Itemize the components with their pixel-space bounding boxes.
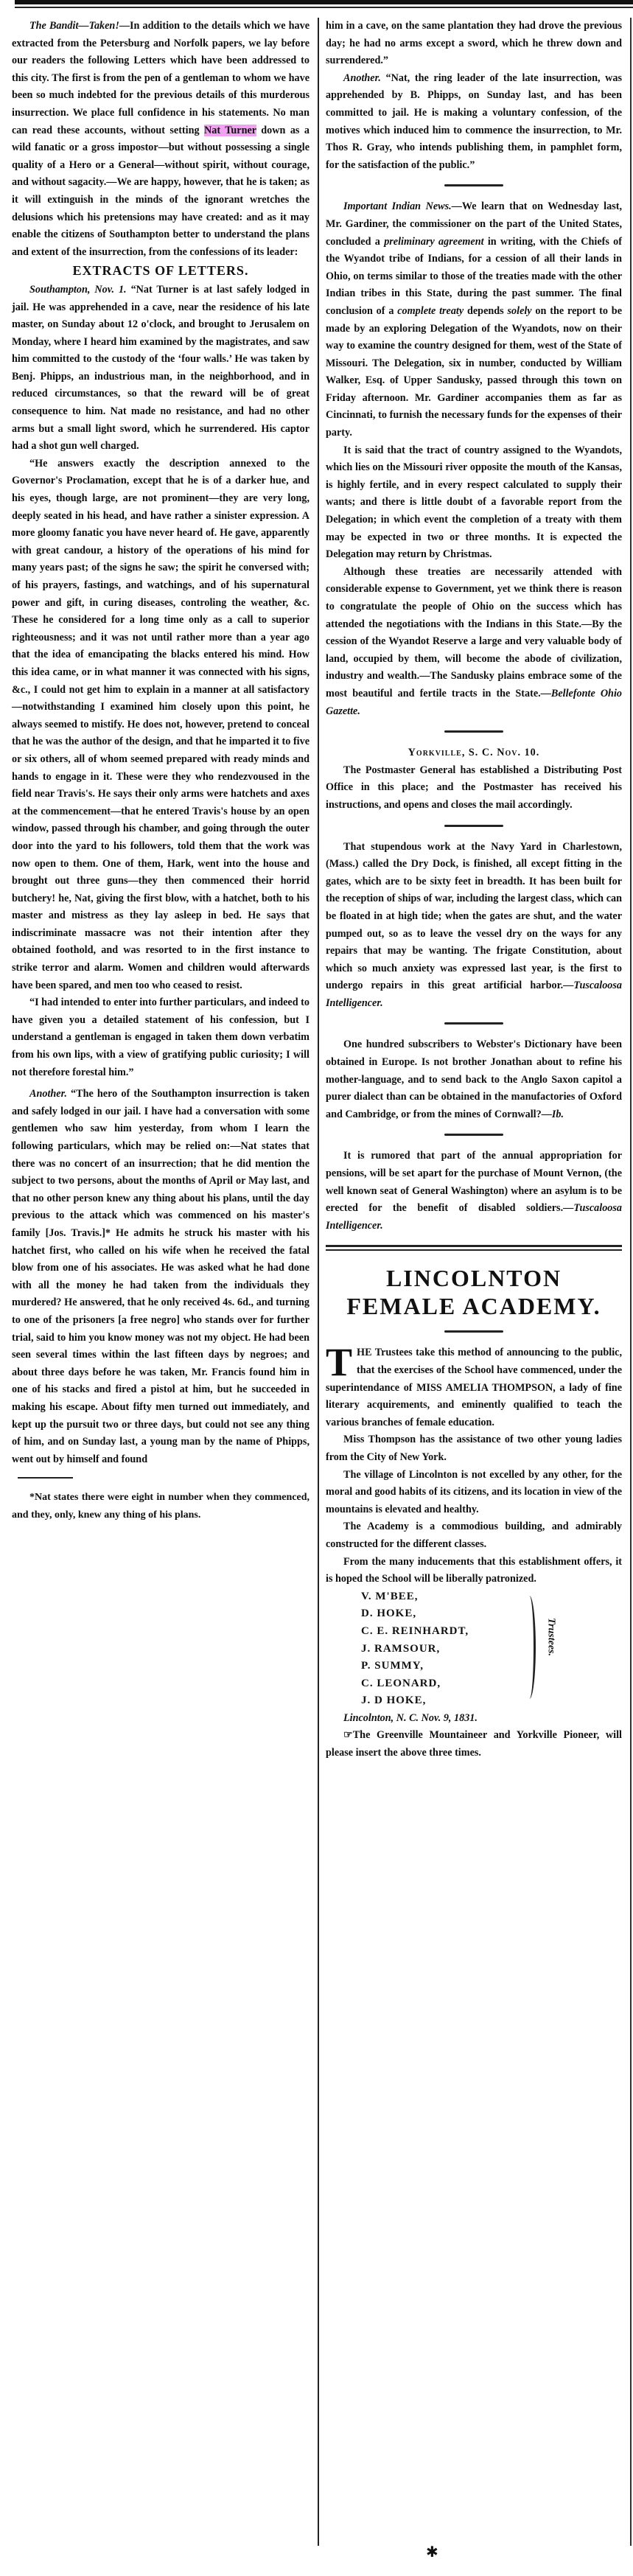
letter-1-text: “Nat Turner is at last safely lodged in … bbox=[12, 284, 309, 452]
ad-insertion-notice: ☞The Greenville Mountaineer and Yorkvill… bbox=[326, 1727, 622, 1762]
indian-news-text: Although these treaties are necessarily … bbox=[326, 566, 622, 699]
letter-2-continued: him in a cave, on the same plantation th… bbox=[326, 18, 622, 70]
page-edge-rule bbox=[630, 18, 632, 2546]
indian-news-para-2: It is said that the tract of country ass… bbox=[326, 442, 622, 564]
letter-2: Another. “The hero of the Southampton in… bbox=[12, 1086, 309, 1468]
article-separator bbox=[444, 1134, 503, 1136]
letter-1-dateline: Southampton, Nov. 1. bbox=[29, 284, 127, 296]
trustee-name: C. LEONARD, bbox=[361, 1675, 622, 1693]
footnote: *Nat states there were eight in number w… bbox=[12, 1489, 309, 1523]
masthead-rule-thin bbox=[15, 7, 633, 8]
drop-cap: T bbox=[326, 1346, 352, 1378]
webster-article: One hundred subscribers to Webster's Dic… bbox=[326, 1036, 622, 1123]
article-separator bbox=[444, 1022, 503, 1025]
column-divider bbox=[318, 18, 319, 2546]
indian-news-italic: solely bbox=[508, 305, 532, 317]
letter-2-text: “The hero of the Southampton insurrectio… bbox=[12, 1088, 309, 1465]
letter-3-text: “Nat, the ring leader of the late insurr… bbox=[326, 72, 622, 171]
ad-title-rule bbox=[444, 1330, 503, 1333]
trustees-label: Trustees. bbox=[542, 1618, 560, 1656]
indian-news-text: depends bbox=[464, 305, 507, 317]
yorkville-text: The Postmaster General has established a… bbox=[326, 762, 622, 814]
ad-dateline: Lincolnton, N. C. Nov. 9, 1831. bbox=[326, 1710, 622, 1728]
ad-para-3: The village of Lincolnton is not excelle… bbox=[326, 1467, 622, 1519]
indian-news-para-3: Although these treaties are necessarily … bbox=[326, 564, 622, 720]
trustee-name: C. E. REINHARDT, bbox=[361, 1623, 622, 1641]
article-separator bbox=[444, 730, 503, 733]
academy-advertisement: LINCOLNTON FEMALE ACADEMY. THE Trustees … bbox=[326, 1264, 622, 1762]
source-credit: Ib. bbox=[552, 1109, 564, 1120]
indian-news-title: Important Indian News. bbox=[343, 200, 452, 212]
letter-1-para-3: “I had intended to enter into further pa… bbox=[12, 994, 309, 1081]
trustee-name: P. SUMMY, bbox=[361, 1658, 622, 1675]
left-column: The Bandit—Taken!—In addition to the det… bbox=[12, 18, 309, 1523]
trustee-name: D. HOKE, bbox=[361, 1605, 622, 1623]
indian-news-italic: complete treaty bbox=[397, 305, 464, 317]
ad-para-4: The Academy is a commodious building, an… bbox=[326, 1518, 622, 1553]
bandit-intro-before: —In addition to the details which we hav… bbox=[12, 20, 309, 136]
navy-yard-article: That stupendous work at the Navy Yard in… bbox=[326, 839, 622, 1013]
article-separator bbox=[444, 184, 503, 186]
navy-yard-text: That stupendous work at the Navy Yard in… bbox=[326, 841, 622, 992]
ornament-icon: ✱ bbox=[426, 2543, 438, 2561]
indian-news-para-1: Important Indian News.—We learn that on … bbox=[326, 198, 622, 441]
masthead-rule bbox=[15, 0, 633, 4]
trustee-list: V. M'BEE, D. HOKE, C. E. REINHARDT, J. R… bbox=[361, 1588, 622, 1710]
bandit-intro-after: down as a wild fanatic or a gross impost… bbox=[12, 125, 309, 258]
ad-para-1-text: HE Trustees take this method of announci… bbox=[326, 1347, 622, 1428]
trustee-name: J. RAMSOUR, bbox=[361, 1641, 622, 1658]
yorkville-dateline: Yorkville, S. C. Nov. 10. bbox=[326, 744, 622, 762]
indian-news-text: on the report to be made by an exploring… bbox=[326, 305, 622, 439]
letter-2-label: Another. bbox=[29, 1088, 67, 1100]
letter-3-label: Another. bbox=[343, 72, 381, 84]
webster-text: One hundred subscribers to Webster's Dic… bbox=[326, 1039, 622, 1120]
letter-3: Another. “Nat, the ring leader of the la… bbox=[326, 70, 622, 175]
bandit-article: The Bandit—Taken!—In addition to the det… bbox=[12, 18, 309, 261]
ad-para-5: From the many inducements that this esta… bbox=[326, 1554, 622, 1588]
extracts-heading: EXTRACTS OF LETTERS. bbox=[12, 262, 309, 280]
letter-1-para-1: Southampton, Nov. 1. “Nat Turner is at l… bbox=[12, 282, 309, 455]
advertisement-rule bbox=[326, 1245, 622, 1251]
mount-vernon-article: It is rumored that part of the annual ap… bbox=[326, 1148, 622, 1235]
trustee-name: J. D HOKE, bbox=[361, 1692, 622, 1710]
highlighted-name[interactable]: Nat Turner bbox=[204, 125, 256, 136]
bandit-title: The Bandit—Taken! bbox=[29, 20, 119, 32]
letter-1-para-2: “He answers exactly the description anne… bbox=[12, 455, 309, 994]
brace-icon bbox=[523, 1596, 536, 1699]
ad-para-2: Miss Thompson has the assistance of two … bbox=[326, 1431, 622, 1466]
footnote-rule bbox=[18, 1477, 73, 1479]
right-column: him in a cave, on the same plantation th… bbox=[326, 18, 622, 1762]
ad-para-1: THE Trustees take this method of announc… bbox=[326, 1344, 622, 1431]
indian-news-italic: preliminary agreement bbox=[384, 236, 483, 248]
article-separator bbox=[444, 825, 503, 827]
ad-title-line-1: LINCOLNTON bbox=[326, 1264, 622, 1292]
ad-title-line-2: FEMALE ACADEMY. bbox=[326, 1292, 622, 1320]
trustee-name: V. M'BEE, bbox=[361, 1588, 622, 1606]
